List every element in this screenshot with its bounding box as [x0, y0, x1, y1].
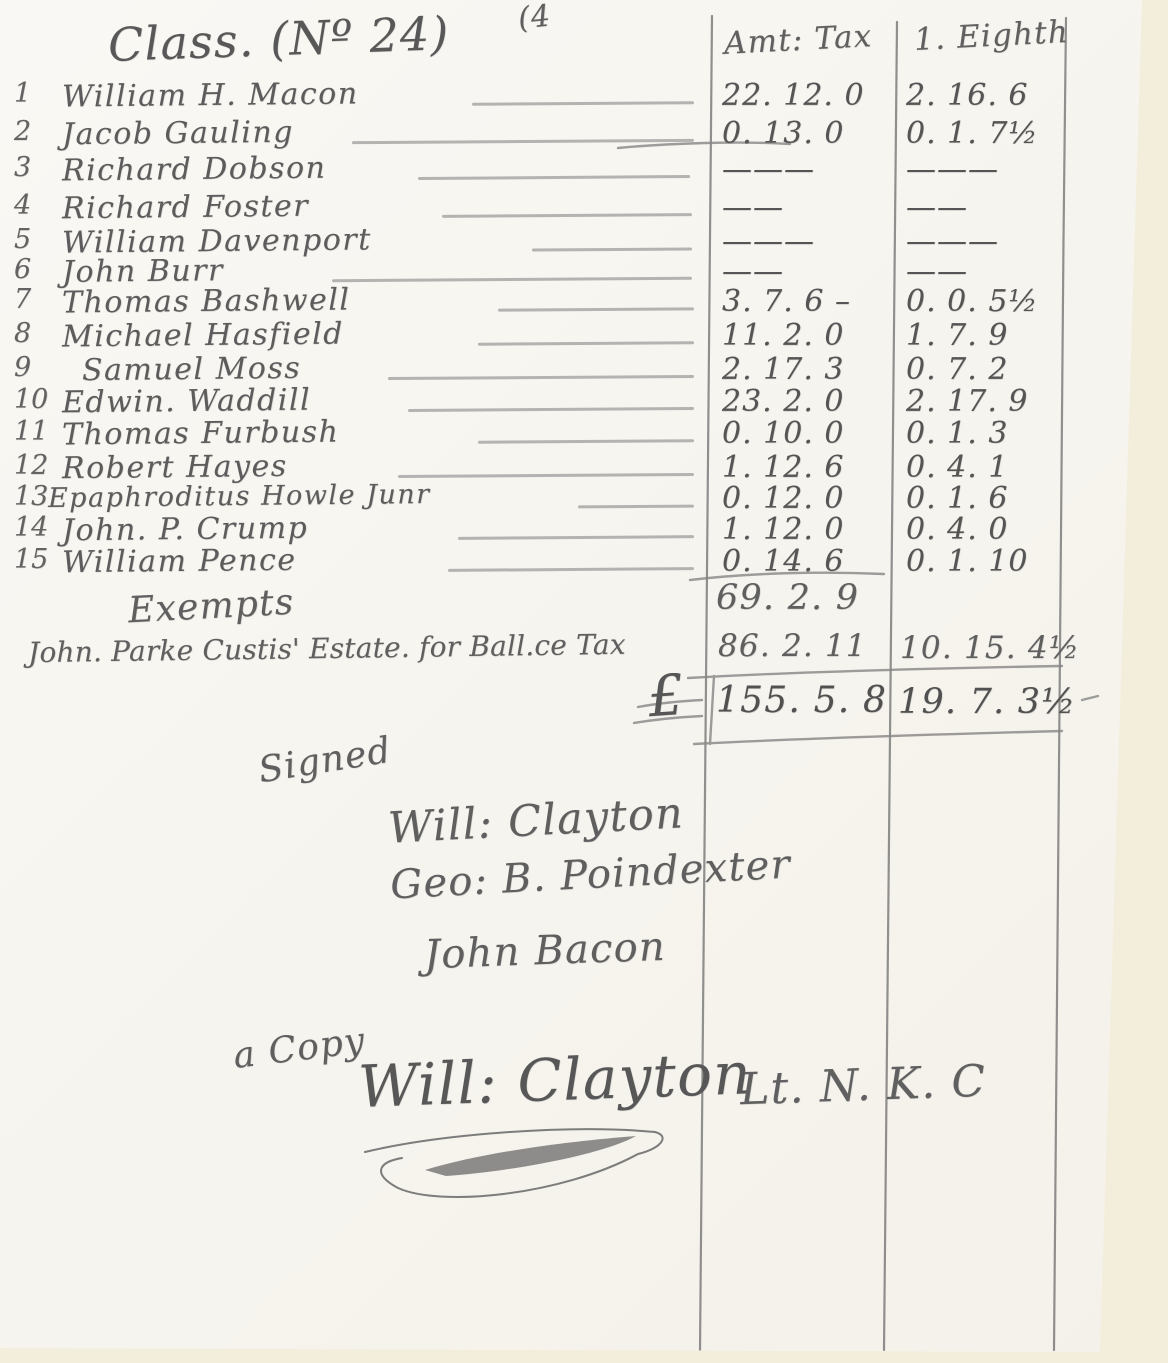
- eighth-value: 1. 7. 9: [906, 318, 1062, 353]
- ruled-dash: [398, 473, 694, 478]
- eighth-value: 2. 16. 6: [906, 78, 1062, 113]
- row-number: 14: [14, 512, 56, 543]
- amount-tax-value: 11. 2. 0: [722, 318, 884, 353]
- amount-tax-value: 0. 13. 0: [722, 116, 884, 151]
- eighth-value: 0. 4. 0: [906, 512, 1062, 547]
- row-number: 3: [14, 152, 56, 183]
- table-row: 7 Thomas Bashwell 3. 7. 6 – 0. 0. 5½: [0, 284, 1168, 322]
- amount-tax-value: 1. 12. 6: [722, 450, 884, 485]
- eighth-value: 0. 4. 1: [906, 450, 1062, 485]
- grand-total-eighth: 19. 7. 3½: [898, 682, 1076, 722]
- exempts-label: Exempts: [127, 582, 295, 632]
- taxpayer-name: Thomas Furbush: [62, 415, 340, 453]
- row-number: 5: [14, 224, 56, 255]
- eighth-value: 0. 0. 5½: [906, 284, 1062, 319]
- table-row: 8 Michael Hasfield 11. 2. 0 1. 7. 9: [0, 318, 1168, 356]
- ruled-dash: [578, 505, 694, 508]
- eighth-value: 2. 17. 9: [906, 384, 1062, 419]
- ruled-dash: [458, 535, 694, 539]
- scanner-background: Class. (Nº 24) (4 Amt: Tax 1. Eighth 1 W…: [0, 0, 1168, 1363]
- row-number: 11: [14, 416, 56, 447]
- ruled-dash: [498, 307, 694, 311]
- row-number: 9: [14, 352, 56, 383]
- grand-total-tax: 155. 5. 8: [716, 680, 887, 721]
- total-box-top: [688, 666, 1062, 678]
- eighth-value: 0. 1. 7½: [906, 116, 1062, 151]
- ruled-dash: [448, 567, 694, 571]
- ruled-dash: [408, 407, 694, 411]
- ruled-dash: [418, 175, 690, 179]
- table-row: 3 Richard Dobson ——— ———: [0, 152, 1168, 190]
- ruled-dash: [532, 247, 692, 251]
- taxpayer-name: Richard Foster: [62, 189, 309, 227]
- amount-tax-value: 3. 7. 6 –: [722, 284, 884, 319]
- amount-tax-value: ——: [722, 190, 884, 225]
- ruled-dash: [352, 139, 694, 144]
- row-number: 8: [14, 318, 56, 349]
- custis-estate-eighth: 10. 15. 4½: [900, 630, 1080, 666]
- total-box-left: [710, 676, 714, 744]
- copy-signature: Will: Clayton: [357, 1039, 753, 1121]
- amount-tax-value: 22. 12. 0: [722, 78, 884, 113]
- amount-tax-value: 0. 10. 0: [722, 416, 884, 451]
- document-paper: Class. (Nº 24) (4 Amt: Tax 1. Eighth 1 W…: [0, 0, 1168, 1363]
- signature-flourish: [365, 1129, 663, 1197]
- copy-signature-suffix: Lt. N. K. C: [739, 1056, 987, 1116]
- eighth-value: ——: [906, 190, 1062, 225]
- custis-estate-tax: 86. 2. 11: [718, 628, 867, 664]
- row-number: 1: [14, 78, 56, 109]
- ruled-dash: [472, 101, 694, 105]
- taxpayer-name: Thomas Bashwell: [62, 282, 351, 320]
- ruled-dash: [478, 439, 694, 443]
- table-row: 2 Jacob Gauling 0. 13. 0 0. 1. 7½: [0, 116, 1168, 154]
- taxpayer-name: Richard Dobson: [62, 151, 327, 189]
- table-row: 11 Thomas Furbush 0. 10. 0 0. 1. 3: [0, 416, 1168, 454]
- total-box-bottom: [694, 731, 1062, 744]
- row-number: 4: [14, 190, 56, 221]
- table-row: 1 William H. Macon 22. 12. 0 2. 16. 6: [0, 78, 1168, 116]
- taxpayer-name: Jacob Gauling: [62, 115, 294, 152]
- amount-tax-value: 23. 2. 0: [722, 384, 884, 419]
- amount-tax-value: ———: [722, 152, 884, 187]
- table-row: 15 William Pence 0. 14. 6 0. 1. 10: [0, 544, 1168, 582]
- row-number: 12: [14, 450, 56, 481]
- eighth-value: 0. 1. 3: [906, 416, 1062, 451]
- eighth-value: 0. 1. 6: [906, 481, 1062, 516]
- page-number: (4: [516, 0, 553, 37]
- taxpayer-name: Epaphroditus Howle Junr: [48, 479, 431, 514]
- ruled-dash: [442, 213, 692, 217]
- taxpayer-name: William H. Macon: [62, 76, 359, 114]
- eighth-value: 0. 1. 10: [906, 544, 1062, 579]
- row-number: 15: [14, 544, 56, 575]
- taxpayer-name: William Pence: [62, 543, 297, 580]
- ruled-dash: [388, 375, 694, 380]
- ruled-dash: [478, 341, 694, 345]
- amount-tax-value: 0. 12. 0: [722, 481, 884, 516]
- amount-tax-value: 2. 17. 3: [722, 352, 884, 387]
- table-row: 4 Richard Foster —— ——: [0, 190, 1168, 228]
- amount-tax-value: 1. 12. 0: [722, 512, 884, 547]
- row-number: 6: [14, 254, 56, 285]
- pencil-mark: [1082, 696, 1098, 700]
- pound-sign: £: [646, 663, 687, 730]
- eighth-value: 0. 7. 2: [906, 352, 1062, 387]
- row-number: 7: [14, 284, 56, 315]
- signature-name: John Bacon: [423, 924, 666, 978]
- row-number: 2: [14, 116, 56, 147]
- row-number: 10: [14, 384, 56, 415]
- exempts-subtotal: 69. 2. 9: [716, 578, 859, 618]
- eighth-value: ———: [906, 152, 1062, 187]
- taxpayer-name: Michael Hasfield: [62, 317, 344, 355]
- ruled-dash: [332, 277, 692, 282]
- amount-tax-value: 0. 14. 6: [722, 544, 884, 579]
